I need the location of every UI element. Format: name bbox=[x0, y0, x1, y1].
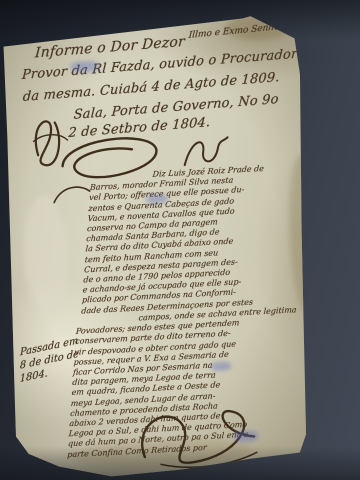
ink-dash-icon bbox=[302, 442, 307, 458]
margin-curl-icon bbox=[51, 181, 92, 207]
body-text-upper: Diz Luis Jozé Roiz Prade deBarros, morad… bbox=[81, 164, 264, 316]
blue-pencil-smudge-icon bbox=[211, 361, 231, 371]
blue-pencil-smudge-icon bbox=[234, 430, 258, 442]
manuscript-sheet: Illmo e Exmo Senhor Informe o Dor Dezor … bbox=[0, 3, 338, 480]
photo-backdrop: Illmo e Exmo Senhor Informe o Dor Dezor … bbox=[0, 0, 360, 480]
rubric-signature-flourish-icon bbox=[128, 393, 281, 479]
